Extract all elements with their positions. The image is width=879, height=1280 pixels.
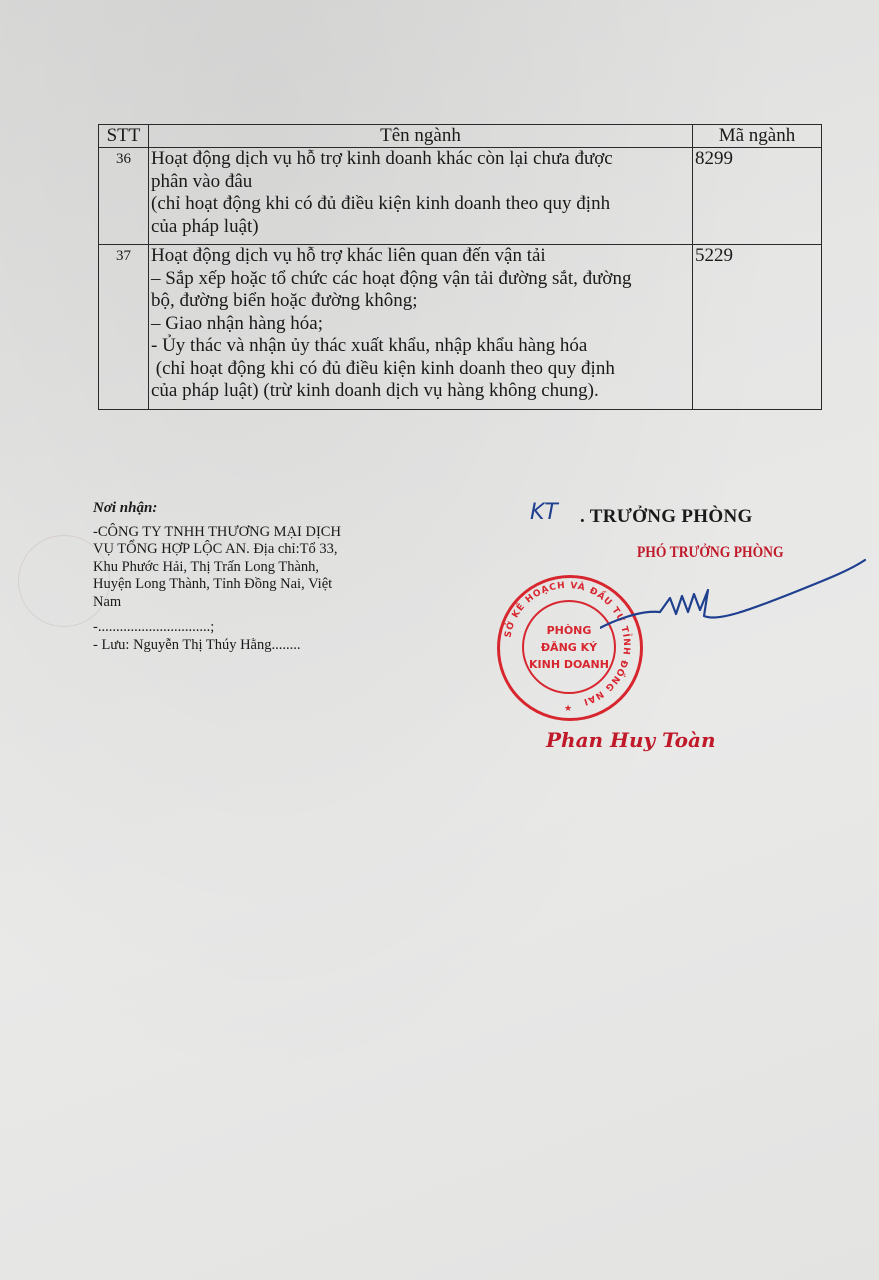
row-name: Hoạt động dịch vụ hỗ trợ kinh doanh khác…	[149, 148, 693, 245]
head-title: . TRƯỞNG PHÒNG	[580, 506, 753, 528]
table-row: 36 Hoạt động dịch vụ hỗ trợ kinh doanh k…	[99, 148, 822, 245]
row-name-line: Hoạt động dịch vụ hỗ trợ khác liên quan …	[151, 245, 690, 268]
row-name-line: Hoạt động dịch vụ hỗ trợ kinh doanh khác…	[151, 148, 690, 171]
row-name: Hoạt động dịch vụ hỗ trợ khác liên quan …	[149, 245, 693, 410]
row-code: 8299	[693, 148, 822, 245]
stamp-line: PHÒNG	[547, 622, 592, 639]
table-header-row: STT Tên ngành Mã ngành	[99, 125, 822, 148]
recipient-line: VỤ TỔNG HỢP LỘC AN. Địa chỉ:Tổ 33,	[93, 541, 393, 559]
row-stt: 36	[99, 148, 149, 245]
header-name: Tên ngành	[149, 125, 693, 148]
archive-line: - Lưu: Nguyễn Thị Thúy Hằng........	[93, 637, 393, 655]
table-row: 37 Hoạt động dịch vụ hỗ trợ khác liên qu…	[99, 245, 822, 410]
recipients-title: Nơi nhận:	[93, 500, 393, 518]
row-name-line: - Ủy thác và nhận ủy thác xuất khẩu, nhậ…	[151, 335, 690, 358]
row-name-line: của pháp luật) (trừ kinh doanh dịch vụ h…	[151, 380, 690, 403]
kt-handwritten-mark: KT	[530, 500, 558, 525]
industry-table: STT Tên ngành Mã ngành 36 Hoạt động dịch…	[98, 124, 822, 410]
recipients-block: Nơi nhận: -CÔNG TY TNHH THƯƠNG MẠI DỊCH …	[93, 500, 393, 654]
handwritten-signature	[600, 550, 870, 650]
recipient-line: Huyện Long Thành, Tỉnh Đồng Nai, Việt	[93, 576, 393, 594]
row-name-line: – Giao nhận hàng hóa;	[151, 313, 690, 336]
stamp-line: KINH DOANH	[529, 656, 609, 673]
header-stt: STT	[99, 125, 149, 148]
row-name-line: (chỉ hoạt động khi có đủ điều kiện kinh …	[151, 358, 690, 381]
recipient-line: Khu Phước Hải, Thị Trấn Long Thành,	[93, 559, 393, 577]
header-code: Mã ngành	[693, 125, 822, 148]
star-icon: ★	[564, 703, 572, 714]
signer-name: Phan Huy Toàn	[546, 728, 716, 752]
recipient-line: Nam	[93, 594, 393, 612]
row-code: 5229	[693, 245, 822, 410]
row-name-line: – Sắp xếp hoặc tổ chức các hoạt động vận…	[151, 268, 690, 291]
row-name-line: bộ, đường biển hoặc đường không;	[151, 290, 690, 313]
stamp-line: ĐĂNG KÝ	[541, 639, 597, 656]
row-stt: 37	[99, 245, 149, 410]
recipient-placeholder-line: -...............................;	[93, 619, 393, 637]
row-name-line: (chỉ hoạt động khi có đủ điều kiện kinh …	[151, 193, 690, 216]
recipient-line: -CÔNG TY TNHH THƯƠNG MẠI DỊCH	[93, 524, 393, 542]
row-name-line: của pháp luật)	[151, 216, 690, 239]
row-name-line: phân vào đâu	[151, 171, 690, 194]
